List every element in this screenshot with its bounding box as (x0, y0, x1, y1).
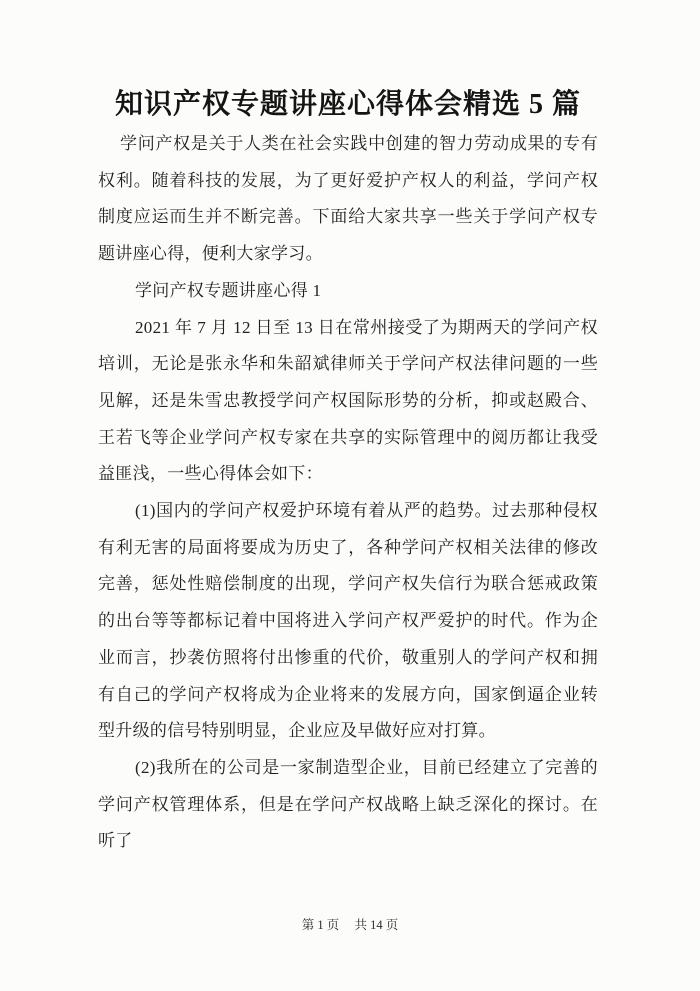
section-heading: 学问产权专题讲座心得 1 (98, 273, 598, 310)
paragraph-1: 2021 年 7 月 12 日至 13 日在常州接受了为期两天的学问产权培训，无… (98, 310, 598, 494)
page-number-label: 第 1 页 (302, 918, 340, 932)
page-footer: 第 1 页 共 14 页 (0, 915, 700, 933)
paragraph-2: (1)国内的学问产权爱护环境有着从严的趋势。过去那种侵权有利无害的局面将要成为历… (98, 493, 598, 750)
document-page: 知识产权专题讲座心得体会精选 5 篇 学问产权是关于人类在社会实践中创建的智力劳… (0, 0, 700, 991)
document-title: 知识产权专题讲座心得体会精选 5 篇 (98, 84, 598, 126)
page-total-label: 共 14 页 (354, 918, 398, 932)
paragraph-3: (2)我所在的公司是一家制造型企业，目前已经建立了完善的学问产权管理体系，但是在… (98, 750, 598, 860)
document-content: 知识产权专题讲座心得体会精选 5 篇 学问产权是关于人类在社会实践中创建的智力劳… (0, 0, 700, 860)
intro-paragraph: 学问产权是关于人类在社会实践中创建的智力劳动成果的专有权利。随着科技的发展，为了… (98, 126, 598, 273)
